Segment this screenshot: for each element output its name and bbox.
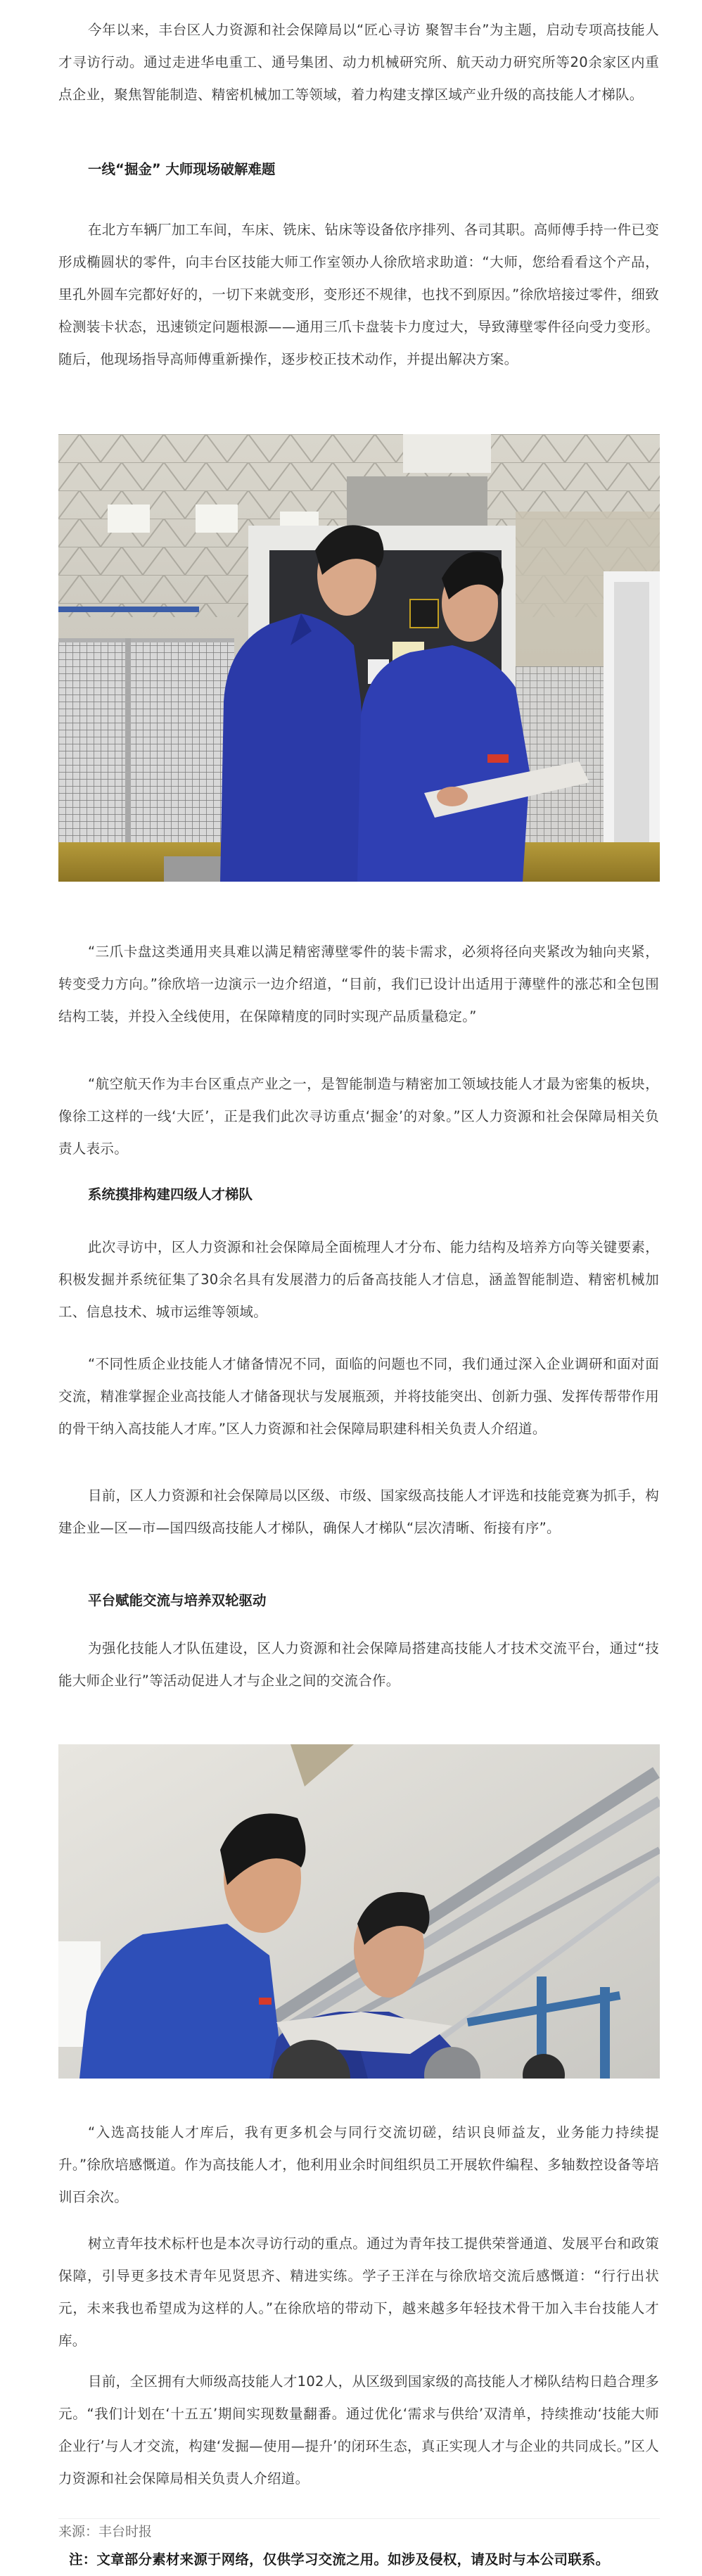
paragraph-fixture-quote: “三爪卡盘这类通用夹具难以满足精密薄壁零件的装卡需求，必须将径向夹紧改为轴向夹紧… — [58, 936, 659, 1033]
paragraph-intro: 今年以来，丰台区人力资源和社会保障局以“匠心寻访 聚智丰台”为主题，启动专项高技… — [58, 14, 659, 111]
section-heading-3: 平台赋能交流与培养双轮驱动 — [88, 1590, 267, 1611]
paragraph-current-status: 目前，全区拥有大师级高技能人才102人，从区级到国家级的高技能人才梯队结构日趋合… — [58, 2366, 659, 2495]
paragraph-talent-reserve-quote: “不同性质企业技能人才储备情况不同，面临的问题也不同，我们通过深入企业调研和面对… — [58, 1348, 659, 1445]
article-source: 来源：丰台时报 — [58, 2522, 152, 2542]
paragraph-youth-benchmark: 树立青年技术标杆也是本次寻访行动的重点。通过为青年技工提供荣誉通道、发展平台和政… — [58, 2228, 659, 2357]
paragraph-workshop: 在北方车辆厂加工车间，车床、铣床、钻床等设备依序排列、各司其职。高师傅手持一件已… — [58, 214, 659, 376]
paragraph-platform: 为强化技能人才队伍建设，区人力资源和社会保障局搭建高技能人才技术交流平台，通过“… — [58, 1632, 659, 1697]
photo-workers-at-machine — [58, 434, 660, 882]
photo-workers-reviewing-drawing — [58, 1744, 660, 2079]
paragraph-four-level-ladder: 目前，区人力资源和社会保障局以区级、市级、国家级高技能人才评选和技能竞赛为抓手，… — [58, 1480, 659, 1544]
factory-photo-2 — [58, 1744, 660, 2079]
paragraph-training-quote: “入选高技能人才库后，我有更多机会与同行交流切磋，结识良师益友，业务能力持续提升… — [58, 2117, 659, 2214]
copyright-notice: 注：文章部分素材来源于网络，仅供学习交流之用。如涉及侵权，请及时与本公司联系。 — [69, 2550, 609, 2570]
factory-photo-1 — [58, 434, 660, 882]
paragraph-aerospace-quote: “航空航天作为丰台区重点产业之一，是智能制造与精密加工领域技能人才最为密集的板块… — [58, 1068, 659, 1165]
footer-divider — [58, 2518, 660, 2519]
section-heading-2: 系统摸排构建四级人才梯队 — [88, 1184, 253, 1205]
section-heading-1: 一线“掘金” 大师现场破解难题 — [88, 159, 275, 180]
paragraph-survey: 此次寻访中，区人力资源和社会保障局全面梳理人才分布、能力结构及培养方向等关键要素… — [58, 1231, 659, 1328]
